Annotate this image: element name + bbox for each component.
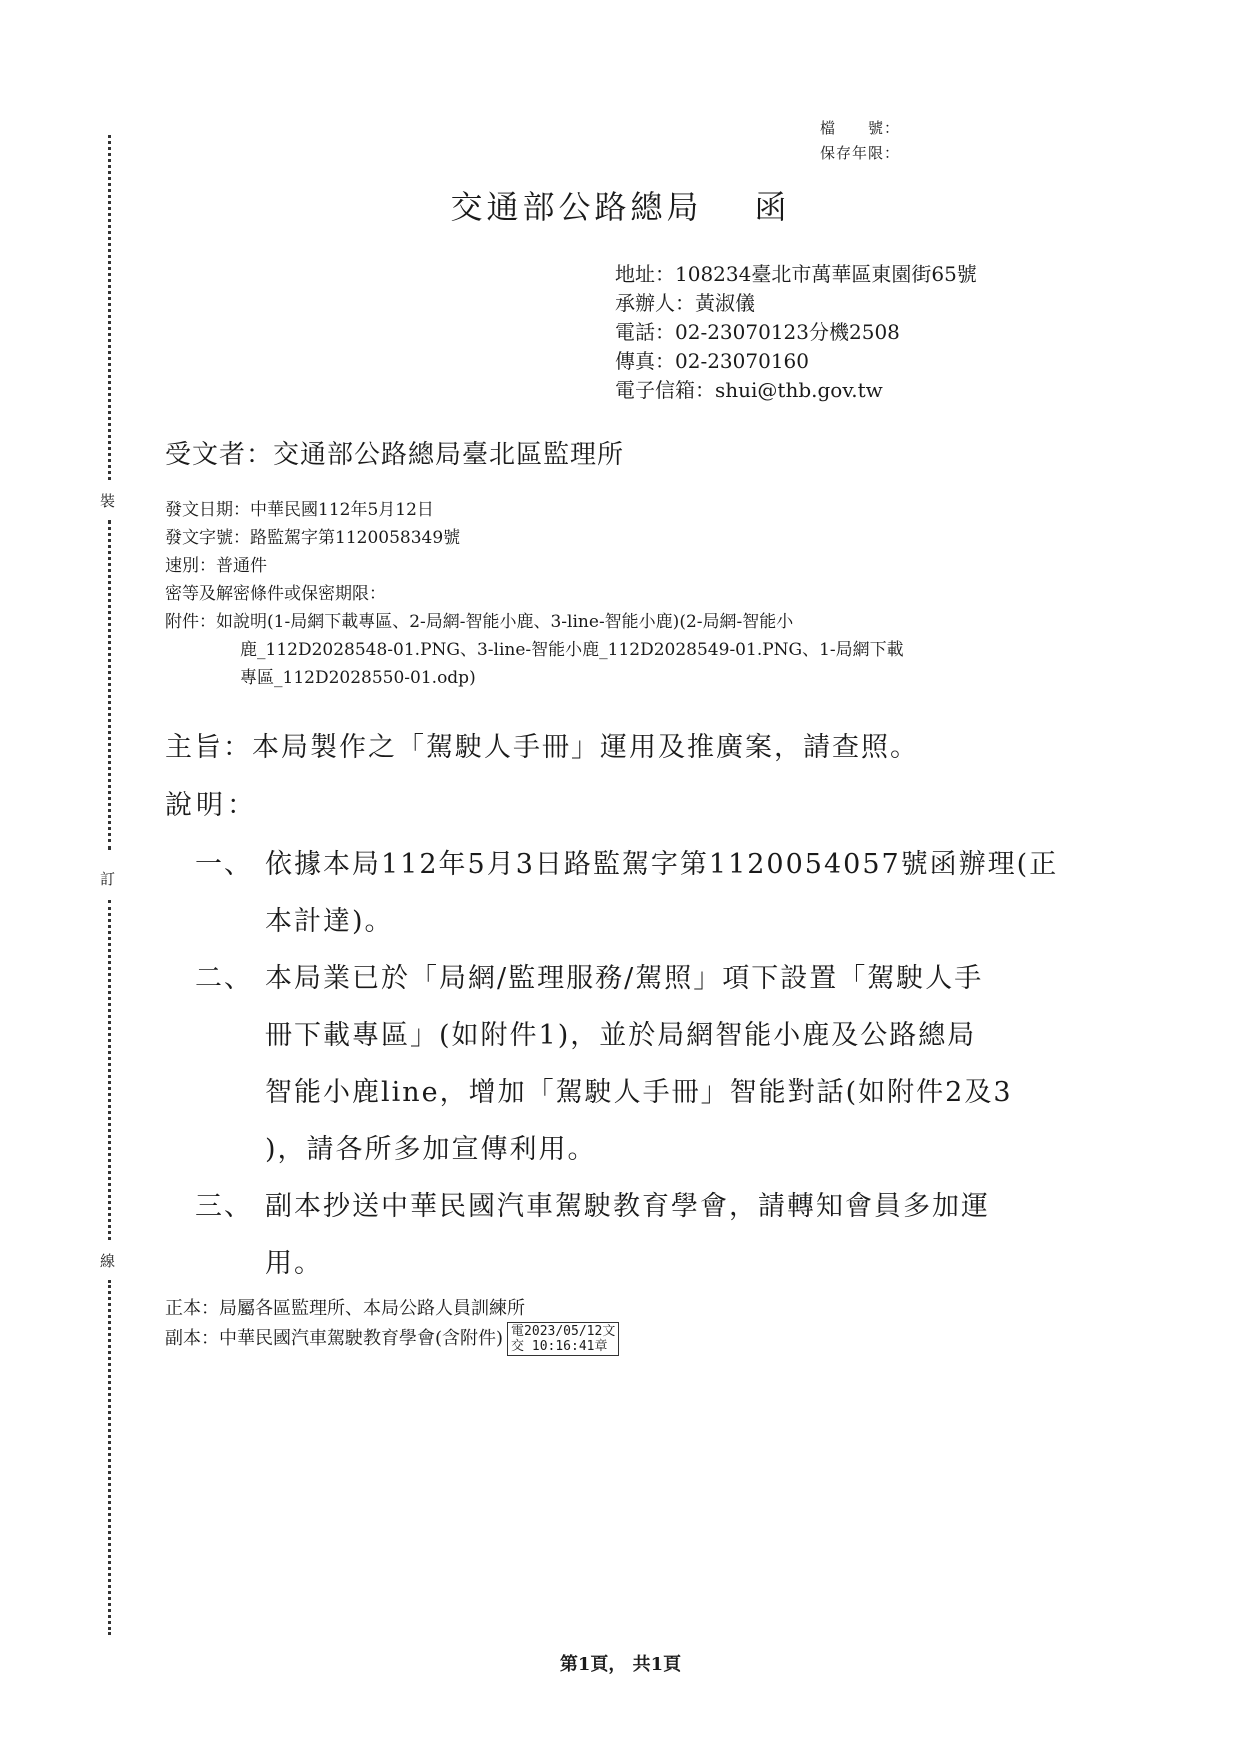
archive-info: 檔 號： 保存年限： bbox=[820, 116, 900, 166]
binding-label-xian: 線 bbox=[100, 1250, 115, 1271]
page-number: 第1頁， 共1頁 bbox=[0, 1650, 1241, 1676]
electronic-stamp: 電2023/05/12文交 10:16:41章 bbox=[507, 1322, 619, 1356]
document-title: 交通部公路總局函 bbox=[0, 182, 1241, 228]
issue-date: 發文日期：中華民國112年5月12日 bbox=[165, 496, 1095, 524]
original-recipients: 正本：局屬各區監理所、本局公路人員訓練所 bbox=[165, 1295, 619, 1322]
item-number: 二、 bbox=[195, 950, 265, 1178]
binding-dotted-line-bottom bbox=[108, 1280, 111, 1635]
copy-recipients-row: 副本：中華民國汽車駕駛教育學會(含附件)電2023/05/12文交 10:16:… bbox=[165, 1322, 619, 1356]
attachments-line-3: 專區_112D2028550-01.odp) bbox=[165, 664, 1095, 692]
item-line: 智能小鹿line，增加「駕駛人手冊」智能對話(如附件2及3 bbox=[265, 1064, 1075, 1121]
copy-recipients: 副本：中華民國汽車駕駛教育學會(含附件) bbox=[165, 1328, 503, 1349]
description-item-1: 一、 依據本局112年5月3日路監駕字第1120054057號函辦理(正 本計達… bbox=[195, 836, 1075, 950]
item-line: )，請各所多加宣傳利用。 bbox=[265, 1121, 1075, 1178]
description-item-2: 二、 本局業已於「局網/監理服務/駕照」項下設置「駕駛人手 冊下載專區」(如附件… bbox=[195, 950, 1075, 1178]
document-meta: 發文日期：中華民國112年5月12日 發文字號：路監駕字第1120058349號… bbox=[165, 496, 1095, 692]
recipient: 受文者：交通部公路總局臺北區監理所 bbox=[165, 434, 624, 471]
item-number: 一、 bbox=[195, 836, 265, 950]
handler: 承辦人：黃淑儀 bbox=[615, 289, 977, 318]
distribution-list: 正本：局屬各區監理所、本局公路人員訓練所 副本：中華民國汽車駕駛教育學會(含附件… bbox=[165, 1295, 619, 1356]
file-number-label: 檔 號： bbox=[820, 116, 900, 141]
description-items: 一、 依據本局112年5月3日路監駕字第1120054057號函辦理(正 本計達… bbox=[195, 836, 1075, 1292]
item-line: 本計達)。 bbox=[265, 893, 1075, 950]
attachments-line-1: 附件：如說明(1-局網下載專區、2-局網-智能小鹿、3-line-智能小鹿)(2… bbox=[165, 608, 1095, 636]
attachments-line-2: 鹿_112D2028548-01.PNG、3-line-智能小鹿_112D202… bbox=[165, 636, 1095, 664]
binding-dotted-line-middle-a bbox=[108, 520, 111, 850]
item-number: 三、 bbox=[195, 1178, 265, 1292]
item-line: 依據本局112年5月3日路監駕字第1120054057號函辦理(正 bbox=[265, 836, 1075, 893]
contact-block: 地址：108234臺北市萬華區東園街65號 承辦人：黃淑儀 電話：02-2307… bbox=[615, 260, 977, 405]
stamp-line-1: 電2023/05/12文 bbox=[511, 1324, 615, 1339]
retention-label: 保存年限： bbox=[820, 141, 900, 166]
item-line: 用。 bbox=[265, 1235, 1075, 1292]
item-line: 本局業已於「局網/監理服務/駕照」項下設置「駕駛人手 bbox=[265, 950, 1075, 1007]
document-number: 發文字號：路監駕字第1120058349號 bbox=[165, 524, 1095, 552]
item-line: 副本抄送中華民國汽車駕駛教育學會，請轉知會員多加運 bbox=[265, 1178, 1075, 1235]
address: 地址：108234臺北市萬華區東園街65號 bbox=[615, 260, 977, 289]
phone: 電話：02-23070123分機2508 bbox=[615, 318, 977, 347]
item-line: 冊下載專區」(如附件1)，並於局網智能小鹿及公路總局 bbox=[265, 1007, 1075, 1064]
description-item-3: 三、 副本抄送中華民國汽車駕駛教育學會，請轉知會員多加運 用。 bbox=[195, 1178, 1075, 1292]
stamp-line-2: 交 10:16:41章 bbox=[511, 1339, 615, 1354]
subject: 主旨：本局製作之「駕駛人手冊」運用及推廣案，請查照。 bbox=[165, 725, 919, 764]
delivery-speed: 速別：普通件 bbox=[165, 552, 1095, 580]
fax: 傳真：02-23070160 bbox=[615, 347, 977, 376]
binding-label-ding: 訂 bbox=[100, 868, 115, 889]
description-label: 說明： bbox=[165, 783, 258, 822]
agency-name: 交通部公路總局 bbox=[450, 188, 702, 226]
document-type: 函 bbox=[755, 188, 791, 226]
email: 電子信箱：shui@thb.gov.tw bbox=[615, 376, 977, 405]
classification: 密等及解密條件或保密期限： bbox=[165, 580, 1095, 608]
binding-dotted-line-middle-b bbox=[108, 900, 111, 1240]
binding-label-zhuang: 裝 bbox=[100, 490, 115, 511]
